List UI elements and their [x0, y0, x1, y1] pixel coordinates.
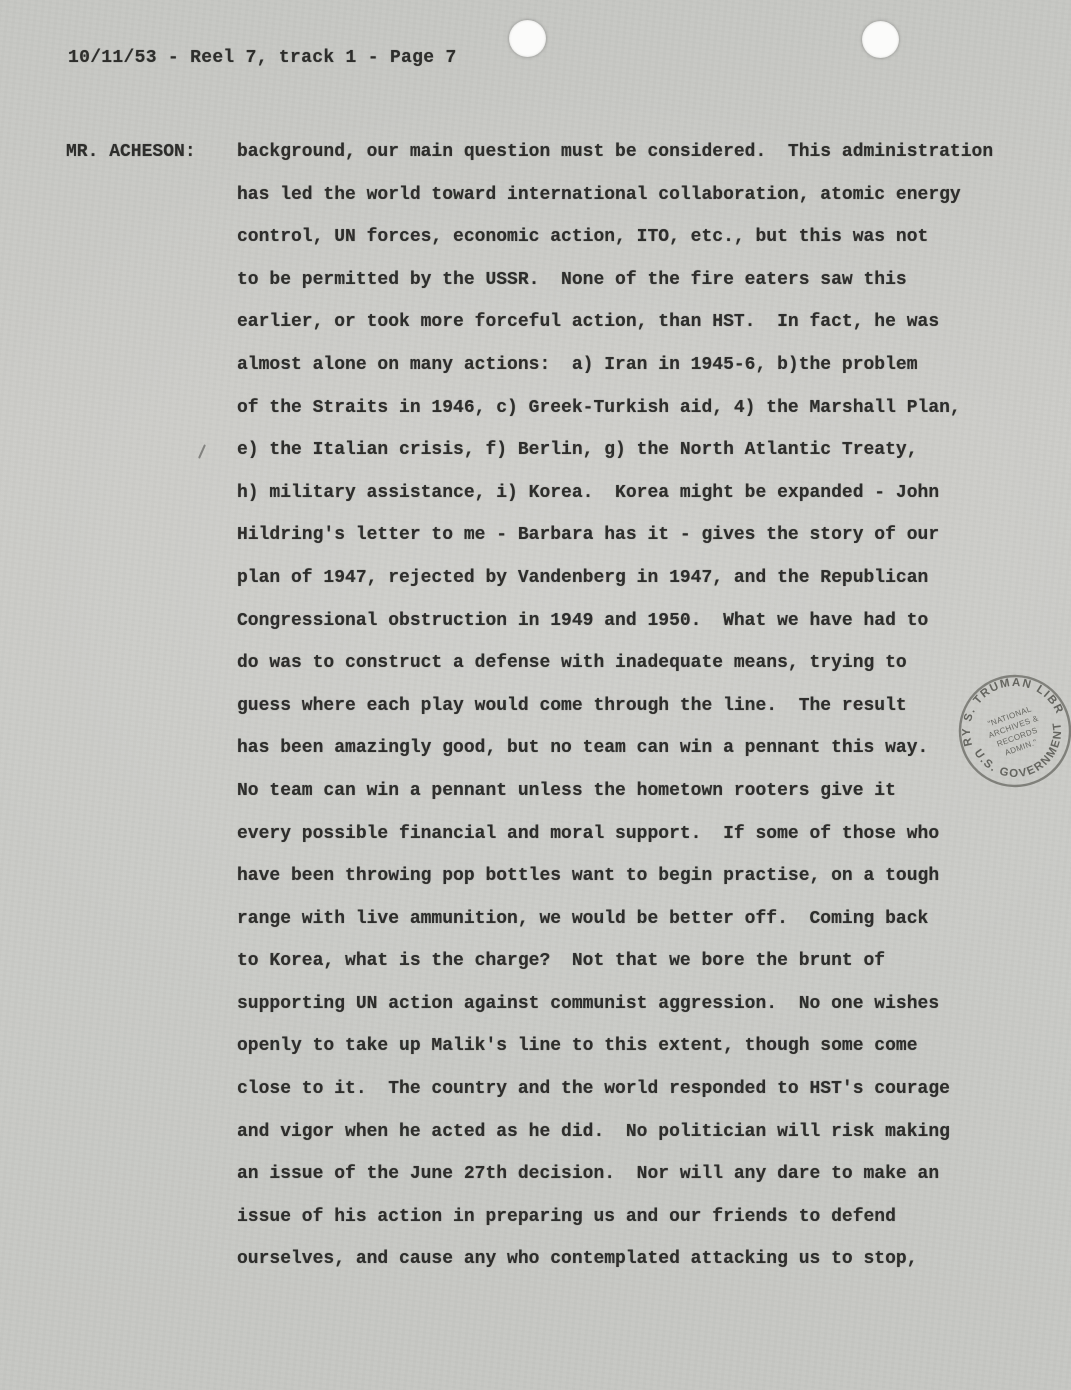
text-line: guess where each play would come through…: [0, 685, 1071, 728]
scanned-document-page: 10/11/53 - Reel 7, track 1 - Page 7 MR. …: [0, 0, 1071, 1390]
text-line: issue of his action in preparing us and …: [0, 1196, 1071, 1239]
speaker-label: MR. ACHESON:: [66, 131, 196, 174]
text-line: range with live ammunition, we would be …: [0, 898, 1071, 941]
punch-hole-left: [509, 20, 546, 57]
text-line: control, UN forces, economic action, ITO…: [0, 216, 1071, 259]
text-line: openly to take up Malik's line to this e…: [0, 1025, 1071, 1068]
text-line: do was to construct a defense with inade…: [0, 642, 1071, 685]
text-line: plan of 1947, rejected by Vandenberg in …: [0, 557, 1071, 600]
stamp-arc-bottom: U.S. GOVERNMENT: [971, 718, 1071, 794]
truman-library-archive-stamp: HARRY S. TRUMAN LIBRARY U.S. GOVERNMENT …: [952, 668, 1071, 794]
text-line: Hildring's letter to me - Barbara has it…: [0, 514, 1071, 557]
text-line: of the Straits in 1946, c) Greek-Turkish…: [0, 387, 1071, 430]
transcript-body: MR. ACHESON: background, our main questi…: [0, 131, 1071, 1281]
text-line: Congressional obstruction in 1949 and 19…: [0, 600, 1071, 643]
text-line: close to it. The country and the world r…: [0, 1068, 1071, 1111]
text-line: e) the Italian crisis, f) Berlin, g) the…: [0, 429, 1071, 472]
text-line: h) military assistance, i) Korea. Korea …: [0, 472, 1071, 515]
text-line: earlier, or took more forceful action, t…: [0, 301, 1071, 344]
punch-hole-right: [862, 21, 899, 58]
text-line: and vigor when he acted as he did. No po…: [0, 1111, 1071, 1154]
page-header: 10/11/53 - Reel 7, track 1 - Page 7: [68, 48, 457, 68]
text-line: almost alone on many actions: a) Iran in…: [0, 344, 1071, 387]
text-line: to Korea, what is the charge? Not that w…: [0, 940, 1071, 983]
text-line: an issue of the June 27th decision. Nor …: [0, 1153, 1071, 1196]
text-line: have been throwing pop bottles want to b…: [0, 855, 1071, 898]
text-line: to be permitted by the USSR. None of the…: [0, 259, 1071, 302]
text-line: every possible financial and moral suppo…: [0, 813, 1071, 856]
text-line: has been amazingly good, but no team can…: [0, 727, 1071, 770]
text-line: has led the world toward international c…: [0, 174, 1071, 217]
text-line: supporting UN action against communist a…: [0, 983, 1071, 1026]
text-line: ourselves, and cause any who contemplate…: [0, 1238, 1071, 1281]
text-line: No team can win a pennant unless the hom…: [0, 770, 1071, 813]
